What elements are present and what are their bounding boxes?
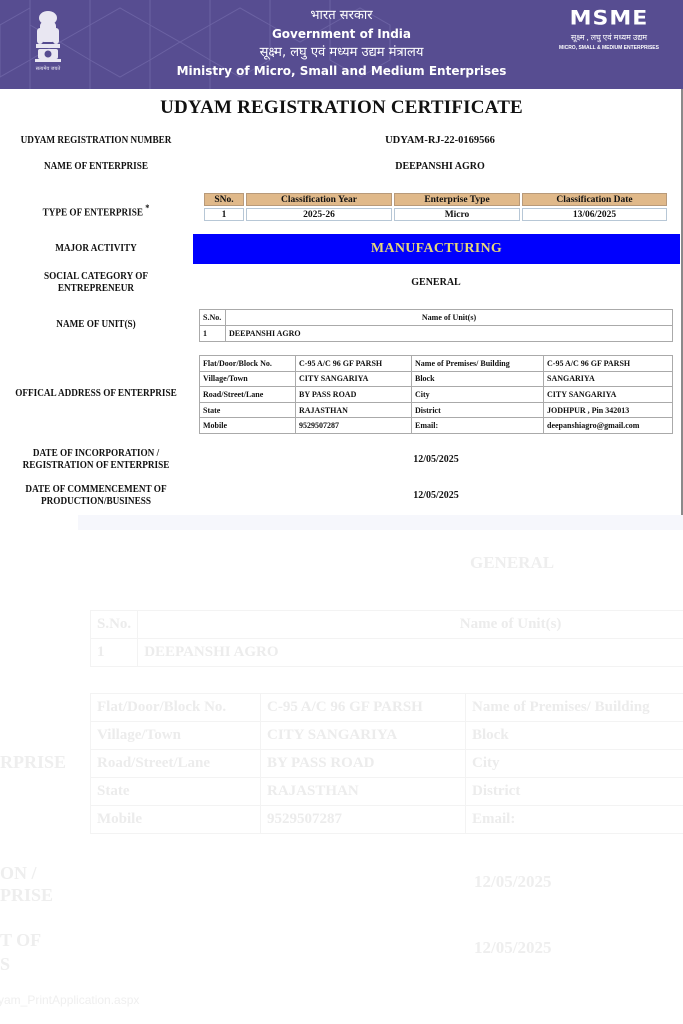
table-row: Flat/Door/Block No.C-95 A/C 96 GF PARSHN… <box>200 356 673 372</box>
table-row: Road/Street/LaneBY PASS ROADCityCITY SAN… <box>200 387 673 403</box>
msme-logo-hindi: सूक्ष्म , लघु एवं मध्यम उद्यम <box>556 32 662 44</box>
ghost-cell: Email: <box>466 806 683 834</box>
address-field-label: Name of Premises/ Building <box>412 356 544 372</box>
address-field-value: C-95 A/C 96 GF PARSH <box>296 356 412 372</box>
ghost-cell: 9529507287 <box>261 806 466 834</box>
ghost-social-category: GENERAL <box>470 553 554 573</box>
ghost-cell: Flat/Door/Block No. <box>91 694 261 722</box>
ghost-cell: Name of Premises/ Building <box>466 694 683 722</box>
table-row: Village/TownCITY SANGARIYABlock <box>91 722 683 750</box>
address-field-label: Block <box>412 371 544 387</box>
table-row: Mobile9529507287Email:deepanshiagro@gmai… <box>200 418 673 434</box>
units-label: NAME OF UNIT(S) <box>13 319 179 331</box>
ghost-cell: Road/Street/Lane <box>91 750 261 778</box>
ghost-incorporation-fragment: ON / PRISE <box>0 862 53 906</box>
address-field-value: deepanshiagro@gmail.com <box>544 418 673 434</box>
table-row: S.No. Name of Unit(s) <box>91 611 683 639</box>
cell-classification-date: 13/06/2025 <box>522 208 667 221</box>
header-banner: सत्यमेव जयते भारत सरकार Government of In… <box>0 0 683 89</box>
ghost-units-table: S.No. Name of Unit(s) 1 DEEPANSHI AGRO <box>90 610 683 667</box>
address-field-label: District <box>412 402 544 418</box>
address-field-label: Flat/Door/Block No. <box>200 356 296 372</box>
enterprise-name-label: NAME OF ENTERPRISE <box>13 161 179 173</box>
column-header: Enterprise Type <box>394 193 520 206</box>
incorporation-date: 12/05/2025 <box>300 454 572 466</box>
address-field-value: RAJASTHAN <box>296 402 412 418</box>
ghost-cell: Village/Town <box>91 722 261 750</box>
ghost-text: ON / <box>0 862 53 884</box>
msme-logo: MSME सूक्ष्म , लघु एवं मध्यम उद्यम MICRO… <box>556 8 662 52</box>
address-field-label: City <box>412 387 544 403</box>
hindi-govt-title: भारत सरकार <box>150 6 533 25</box>
msme-logo-mark: MSME <box>556 9 662 29</box>
ministry-title: Ministry of Micro, Small and Medium Ente… <box>150 62 533 80</box>
column-header: SNo. <box>204 193 244 206</box>
column-header: Classification Year <box>246 193 392 206</box>
incorporation-label-line1: DATE OF INCORPORATION / <box>11 448 180 460</box>
table-row: Road/Street/LaneBY PASS ROADCity <box>91 750 683 778</box>
address-field-value: JODHPUR , Pin 342013 <box>544 402 673 418</box>
incorporation-label: DATE OF INCORPORATION / REGISTRATION OF … <box>11 448 180 472</box>
table-row: StateRAJASTHANDistrictJODHPUR , Pin 3420… <box>200 402 673 418</box>
enterprise-type-label: TYPE OF ENTERPRISE * <box>13 202 179 219</box>
ghost-cell: 1 <box>91 639 138 667</box>
national-emblem-icon: सत्यमेव जयते <box>26 8 70 76</box>
enterprise-type-table: SNo. Classification Year Enterprise Type… <box>202 191 669 223</box>
ghost-cell: State <box>91 778 261 806</box>
major-activity-value: MANUFACTURING <box>193 234 680 264</box>
ghost-cell: Name of Unit(s) <box>138 611 683 639</box>
ghost-cell: District <box>466 778 683 806</box>
ghost-cell: Block <box>466 722 683 750</box>
incorporation-label-line2: REGISTRATION OF ENTERPRISE <box>11 460 180 472</box>
address-field-label: Village/Town <box>200 371 296 387</box>
column-header: Classification Date <box>522 193 667 206</box>
address-field-value: CITY SANGARIYA <box>544 387 673 403</box>
address-field-label: Email: <box>412 418 544 434</box>
ghost-commencement-date: 12/05/2025 <box>474 938 551 958</box>
page-divider-band <box>78 515 683 530</box>
table-row: 1 2025-26 Micro 13/06/2025 <box>204 208 667 221</box>
commencement-label-line2: PRODUCTION/BUSINESS <box>11 496 180 508</box>
ghost-cell: BY PASS ROAD <box>261 750 466 778</box>
ghost-cell: C-95 A/C 96 GF PARSH <box>261 694 466 722</box>
ghost-file-name: yam_PrintApplication.aspx <box>0 993 139 1007</box>
govt-title: Government of India <box>150 25 533 43</box>
social-category-value: GENERAL <box>300 277 572 289</box>
msme-logo-english: MICRO, SMALL & MEDIUM ENTERPRISES <box>556 44 662 52</box>
banner-titles: भारत सरकार Government of India सूक्ष्म, … <box>150 6 533 80</box>
social-category-label-line2: ENTREPRENEUR <box>13 283 179 295</box>
ghost-address-table: Flat/Door/Block No.C-95 A/C 96 GF PARSHN… <box>90 693 683 834</box>
table-row: Mobile9529507287Email: <box>91 806 683 834</box>
table-row: 1 DEEPANSHI AGRO <box>200 326 673 342</box>
address-field-value: BY PASS ROAD <box>296 387 412 403</box>
ghost-text: PRISE <box>0 884 53 906</box>
commencement-label: DATE OF COMMENCEMENT OF PRODUCTION/BUSIN… <box>11 484 180 508</box>
social-category-label: SOCIAL CATEGORY OF ENTREPRENEUR <box>13 271 179 295</box>
units-table: S.No. Name of Unit(s) 1 DEEPANSHI AGRO <box>199 309 673 342</box>
required-asterisk: * <box>145 203 149 213</box>
address-table: Flat/Door/Block No.C-95 A/C 96 GF PARSHN… <box>199 355 673 434</box>
ghost-cell: CITY SANGARIYA <box>261 722 466 750</box>
cell-classification-year: 2025-26 <box>246 208 392 221</box>
registration-number-label: UDYAM REGISTRATION NUMBER <box>13 135 179 147</box>
cell-unit-name: DEEPANSHI AGRO <box>226 326 673 342</box>
cell-sno: 1 <box>200 326 226 342</box>
address-field-value: 9529507287 <box>296 418 412 434</box>
address-field-label: Mobile <box>200 418 296 434</box>
cell-sno: 1 <box>204 208 244 221</box>
ghost-incorporation-date: 12/05/2025 <box>474 872 551 892</box>
table-row: 1 DEEPANSHI AGRO <box>91 639 683 667</box>
ghost-cell: DEEPANSHI AGRO <box>138 639 683 667</box>
table-row: Flat/Door/Block No.C-95 A/C 96 GF PARSHN… <box>91 694 683 722</box>
table-row: StateRAJASTHANDistrict <box>91 778 683 806</box>
table-row: Village/TownCITY SANGARIYABlockSANGARIYA <box>200 371 673 387</box>
table-header-row: SNo. Classification Year Enterprise Type… <box>204 193 667 206</box>
enterprise-name-value: DEEPANSHI AGRO <box>300 161 580 173</box>
major-activity-label: MAJOR ACTIVITY <box>13 243 179 255</box>
social-category-label-line1: SOCIAL CATEGORY OF <box>13 271 179 283</box>
address-field-value: CITY SANGARIYA <box>296 371 412 387</box>
address-field-value: SANGARIYA <box>544 371 673 387</box>
enterprise-type-label-text: TYPE OF ENTERPRISE <box>43 207 143 218</box>
ghost-cell: Mobile <box>91 806 261 834</box>
ghost-cell: S.No. <box>91 611 138 639</box>
certificate-title: UDYAM REGISTRATION CERTIFICATE <box>0 97 683 119</box>
ghost-cell: City <box>466 750 683 778</box>
commencement-date: 12/05/2025 <box>300 490 572 502</box>
cell-enterprise-type: Micro <box>394 208 520 221</box>
ghost-text: S <box>0 952 41 976</box>
commencement-label-line1: DATE OF COMMENCEMENT OF <box>11 484 180 496</box>
column-header: Name of Unit(s) <box>226 310 673 326</box>
ghost-text: T OF <box>0 928 41 952</box>
column-header: S.No. <box>200 310 226 326</box>
address-field-value: C-95 A/C 96 GF PARSH <box>544 356 673 372</box>
table-header-row: S.No. Name of Unit(s) <box>200 310 673 326</box>
ghost-cell: RAJASTHAN <box>261 778 466 806</box>
hindi-ministry-title: सूक्ष्म, लघु एवं मध्यम उद्यम मंत्रालय <box>150 43 533 62</box>
registration-number-value: UDYAM-RJ-22-0169566 <box>300 135 580 147</box>
emblem-caption: सत्यमेव जयते <box>20 66 76 72</box>
address-field-label: Road/Street/Lane <box>200 387 296 403</box>
address-field-label: State <box>200 402 296 418</box>
address-label: OFFICAL ADDRESS OF ENTERPRISE <box>11 388 180 400</box>
ghost-address-label-fragment: RPRISE <box>0 752 66 773</box>
ghost-commencement-fragment: T OF S <box>0 928 41 976</box>
